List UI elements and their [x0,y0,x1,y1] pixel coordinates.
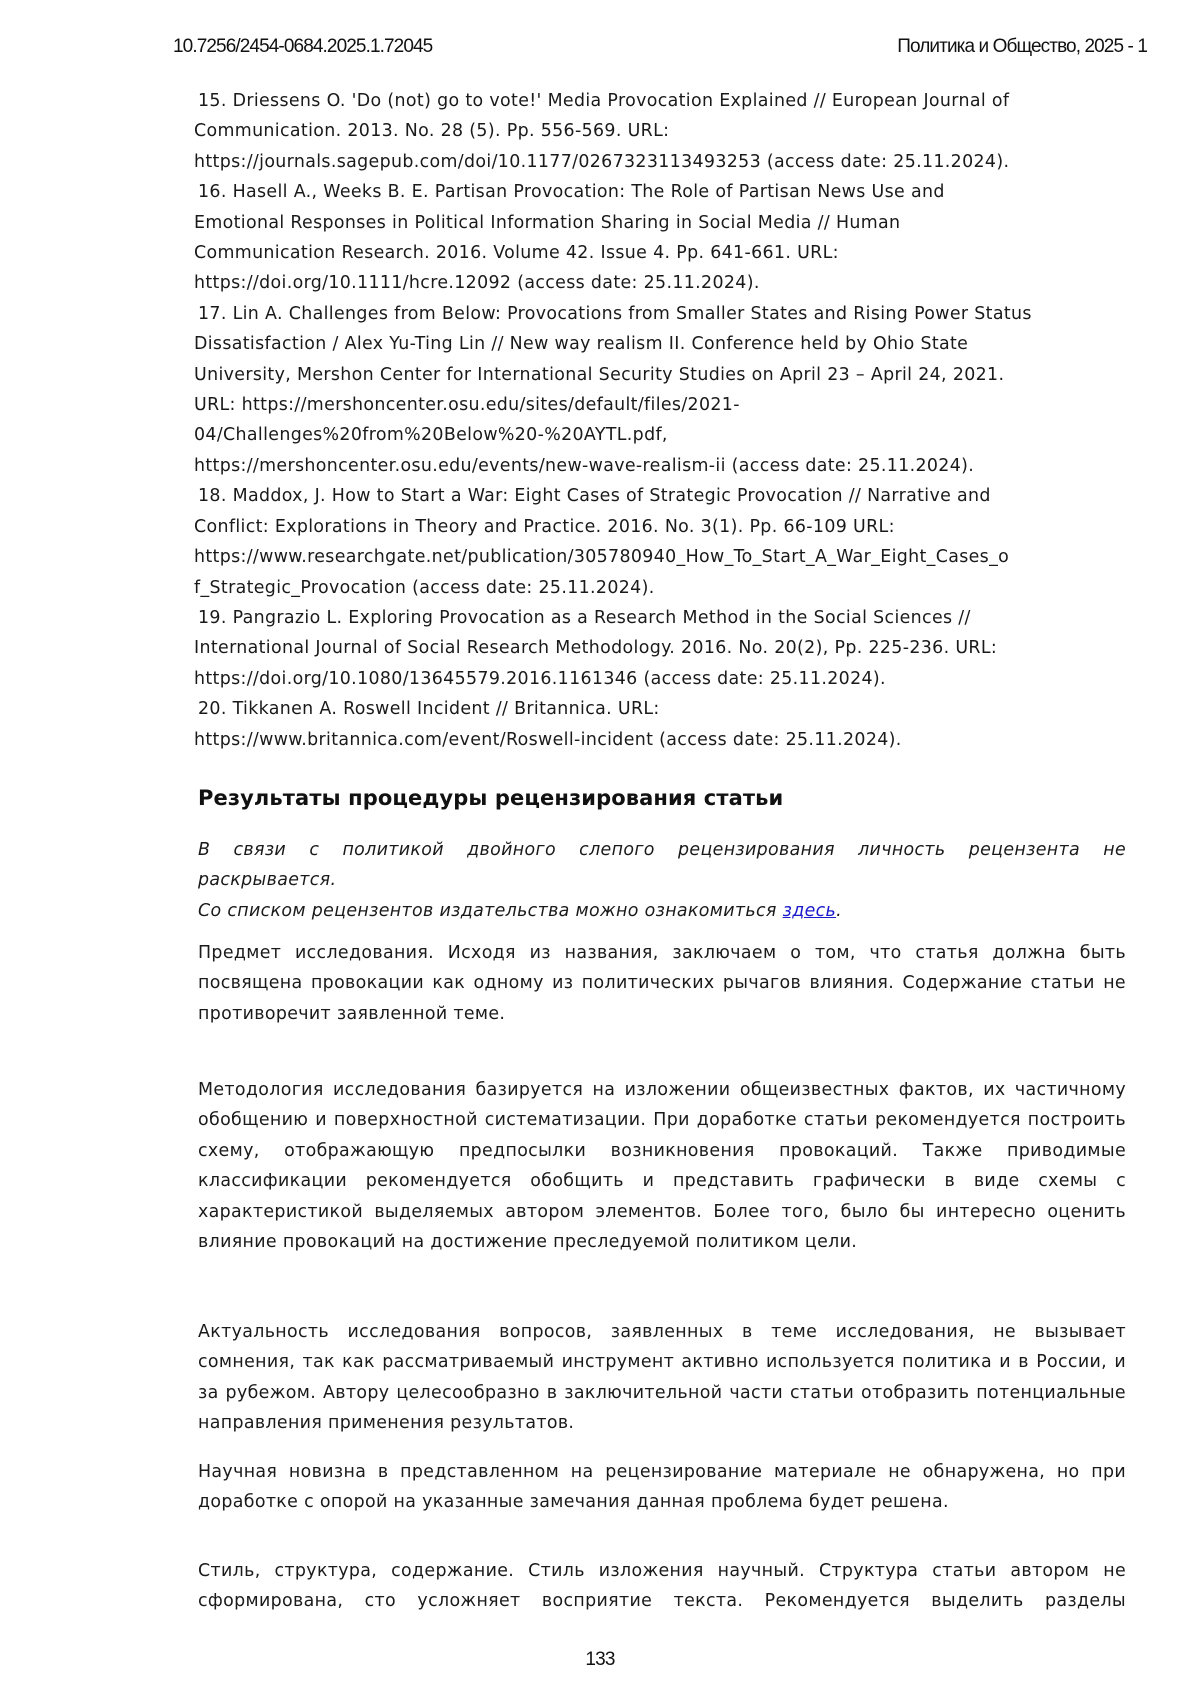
reference-line: 17. Lin A. Challenges from Below: Provoc… [194,299,1139,329]
journal-label: Политика и Общество, 2025 - 1 [897,36,1147,58]
reference-item: 20. Tikkanen A. Roswell Incident // Brit… [194,694,1139,755]
reference-line: URL: https://mershoncenter.osu.edu/sites… [194,390,1139,420]
reference-line: Conflict: Explorations in Theory and Pra… [194,512,1139,542]
reference-list: 15. Driessens O. 'Do (not) go to vote!' … [194,86,1139,755]
review-paragraph-subject: Предмет исследования. Исходя из названия… [198,938,1126,1029]
reference-line: University, Mershon Center for Internati… [194,360,1139,390]
reviewers-tail: . [836,901,842,921]
reference-line: 04/Challenges%20from%20Below%20-%20AYTL.… [194,420,1139,450]
doi-label: 10.7256/2454-0684.2025.1.72045 [173,36,432,58]
reference-line: Dissatisfaction / Alex Yu-Ting Lin // Ne… [194,329,1139,359]
section-title: Результаты процедуры рецензирования стат… [198,786,783,810]
reference-item: 18. Maddox, J. How to Start a War: Eight… [194,481,1139,603]
reference-line: https://journals.sagepub.com/doi/10.1177… [194,147,1139,177]
reference-line: f_Strategic_Provocation (access date: 25… [194,573,1139,603]
reference-line: Emotional Responses in Political Informa… [194,208,1139,238]
notice-line: В связи с политикой двойного слепого рец… [198,835,1126,865]
reference-item: 17. Lin A. Challenges from Below: Provoc… [194,299,1139,481]
reference-line: 16. Hasell A., Weeks B. E. Partisan Prov… [194,177,1139,207]
reference-line: 19. Pangrazio L. Exploring Provocation a… [194,603,1139,633]
reference-line: 15. Driessens O. 'Do (not) go to vote!' … [194,86,1139,116]
reference-line: 18. Maddox, J. How to Start a War: Eight… [194,481,1139,511]
reference-item: 16. Hasell A., Weeks B. E. Partisan Prov… [194,177,1139,299]
review-notice: В связи с политикой двойного слепого рец… [198,835,1126,926]
reference-line: https://www.britannica.com/event/Roswell… [194,725,1139,755]
reference-line: https://mershoncenter.osu.edu/events/new… [194,451,1139,481]
reviewers-link[interactable]: здесь [783,901,837,921]
notice-line: раскрывается. [198,865,1126,895]
review-paragraph-style: Стиль, структура, содержание. Стиль изло… [198,1556,1126,1617]
reference-item: 15. Driessens O. 'Do (not) go to vote!' … [194,86,1139,177]
review-paragraph-methodology: Методология исследования базируется на и… [198,1075,1126,1257]
reference-line: International Journal of Social Research… [194,633,1139,663]
reference-line: Communication Research. 2016. Volume 42.… [194,238,1139,268]
review-paragraph-relevance: Актуальность исследования вопросов, заяв… [198,1317,1126,1439]
reference-line: https://www.researchgate.net/publication… [194,542,1139,572]
reference-item: 19. Pangrazio L. Exploring Provocation a… [194,603,1139,694]
reviewers-text: Со списком рецензентов издательства можн… [198,901,783,921]
reference-line: 20. Tikkanen A. Roswell Incident // Brit… [194,694,1139,724]
page-number: 133 [0,1649,1200,1671]
reference-line: Communication. 2013. No. 28 (5). Pp. 556… [194,116,1139,146]
review-paragraph-novelty: Научная новизна в представленном на реце… [198,1457,1126,1518]
reviewers-line: Со списком рецензентов издательства можн… [198,896,1126,926]
reference-line: https://doi.org/10.1111/hcre.12092 (acce… [194,268,1139,298]
running-header: 10.7256/2454-0684.2025.1.72045 Политика … [0,36,1200,60]
reference-line: https://doi.org/10.1080/13645579.2016.11… [194,664,1139,694]
